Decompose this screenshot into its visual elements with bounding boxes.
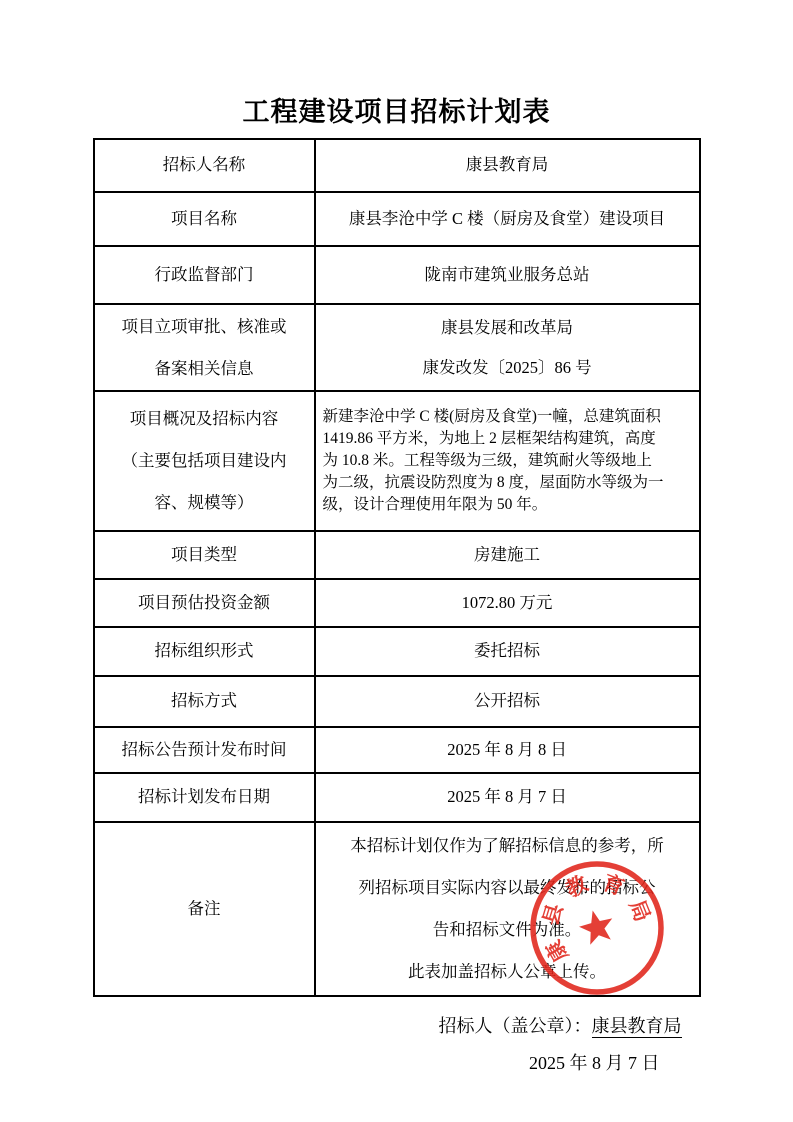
row-label: 招标组织形式 (94, 627, 315, 676)
row-label: 招标计划发布日期 (94, 773, 315, 822)
signature-date: 2025 年 8 月 7 日 (112, 1051, 682, 1075)
row-value: 房建施工 (315, 531, 700, 579)
table-row: 招标方式 公开招标 (94, 676, 700, 727)
signer-label: 招标人（盖公章）： (439, 1016, 592, 1036)
table-row: 招标计划发布日期 2025 年 8 月 7 日 (94, 773, 700, 822)
row-label: 招标方式 (94, 676, 315, 727)
table-row: 项目概况及招标内容 （主要包括项目建设内 容、规模等） 新建李沧中学 C 楼(厨… (94, 391, 700, 531)
row-value: 新建李沧中学 C 楼(厨房及食堂)一幢，总建筑面积 1419.86 平方米，为地… (315, 391, 700, 531)
row-label: 行政监督部门 (94, 246, 315, 304)
table-row: 招标公告预计发布时间 2025 年 8 月 8 日 (94, 727, 700, 773)
row-label: 项目类型 (94, 531, 315, 579)
row-value: 2025 年 8 月 7 日 (315, 773, 700, 822)
row-label: 项目概况及招标内容 （主要包括项目建设内 容、规模等） (94, 391, 315, 531)
row-label: 项目名称 (94, 192, 315, 246)
table-row: 备注 本招标计划仅作为了解招标信息的参考，所 列招标项目实际内容以最终发布的招标… (94, 822, 700, 996)
row-value: 2025 年 8 月 8 日 (315, 727, 700, 773)
row-value: 本招标计划仅作为了解招标信息的参考，所 列招标项目实际内容以最终发布的招标公 告… (315, 822, 700, 996)
bidding-plan-table: 招标人名称 康县教育局 项目名称 康县李沧中学 C 楼（厨房及食堂）建设项目 行… (93, 138, 701, 997)
row-label: 招标公告预计发布时间 (94, 727, 315, 773)
row-value: 1072.80 万元 (315, 579, 700, 627)
row-value: 委托招标 (315, 627, 700, 676)
table-row: 项目类型 房建施工 (94, 531, 700, 579)
page-title: 工程建设项目招标计划表 (0, 0, 793, 129)
row-label: 项目预估投资金额 (94, 579, 315, 627)
table-row: 项目立项审批、核准或 备案相关信息 康县发展和改革局 康发改发〔2025〕86 … (94, 304, 700, 391)
signer-line: 招标人（盖公章）：康县教育局 (112, 1014, 682, 1038)
row-value: 康县发展和改革局 康发改发〔2025〕86 号 (315, 304, 700, 391)
row-label: 项目立项审批、核准或 备案相关信息 (94, 304, 315, 391)
signer-name: 康县教育局 (592, 1016, 682, 1038)
row-value: 公开招标 (315, 676, 700, 727)
table-row: 招标人名称 康县教育局 (94, 139, 700, 192)
table-row: 项目名称 康县李沧中学 C 楼（厨房及食堂）建设项目 (94, 192, 700, 246)
table-row: 招标组织形式 委托招标 (94, 627, 700, 676)
document-page: { "page": { "title": "工程建设项目招标计划表" }, "t… (0, 0, 793, 1122)
table-row: 项目预估投资金额 1072.80 万元 (94, 579, 700, 627)
row-value: 康县教育局 (315, 139, 700, 192)
table-row: 行政监督部门 陇南市建筑业服务总站 (94, 246, 700, 304)
signature-block: 招标人（盖公章）：康县教育局 2025 年 8 月 7 日 (112, 1014, 682, 1075)
row-value: 康县李沧中学 C 楼（厨房及食堂）建设项目 (315, 192, 700, 246)
row-label: 招标人名称 (94, 139, 315, 192)
row-label: 备注 (94, 822, 315, 996)
row-value: 陇南市建筑业服务总站 (315, 246, 700, 304)
